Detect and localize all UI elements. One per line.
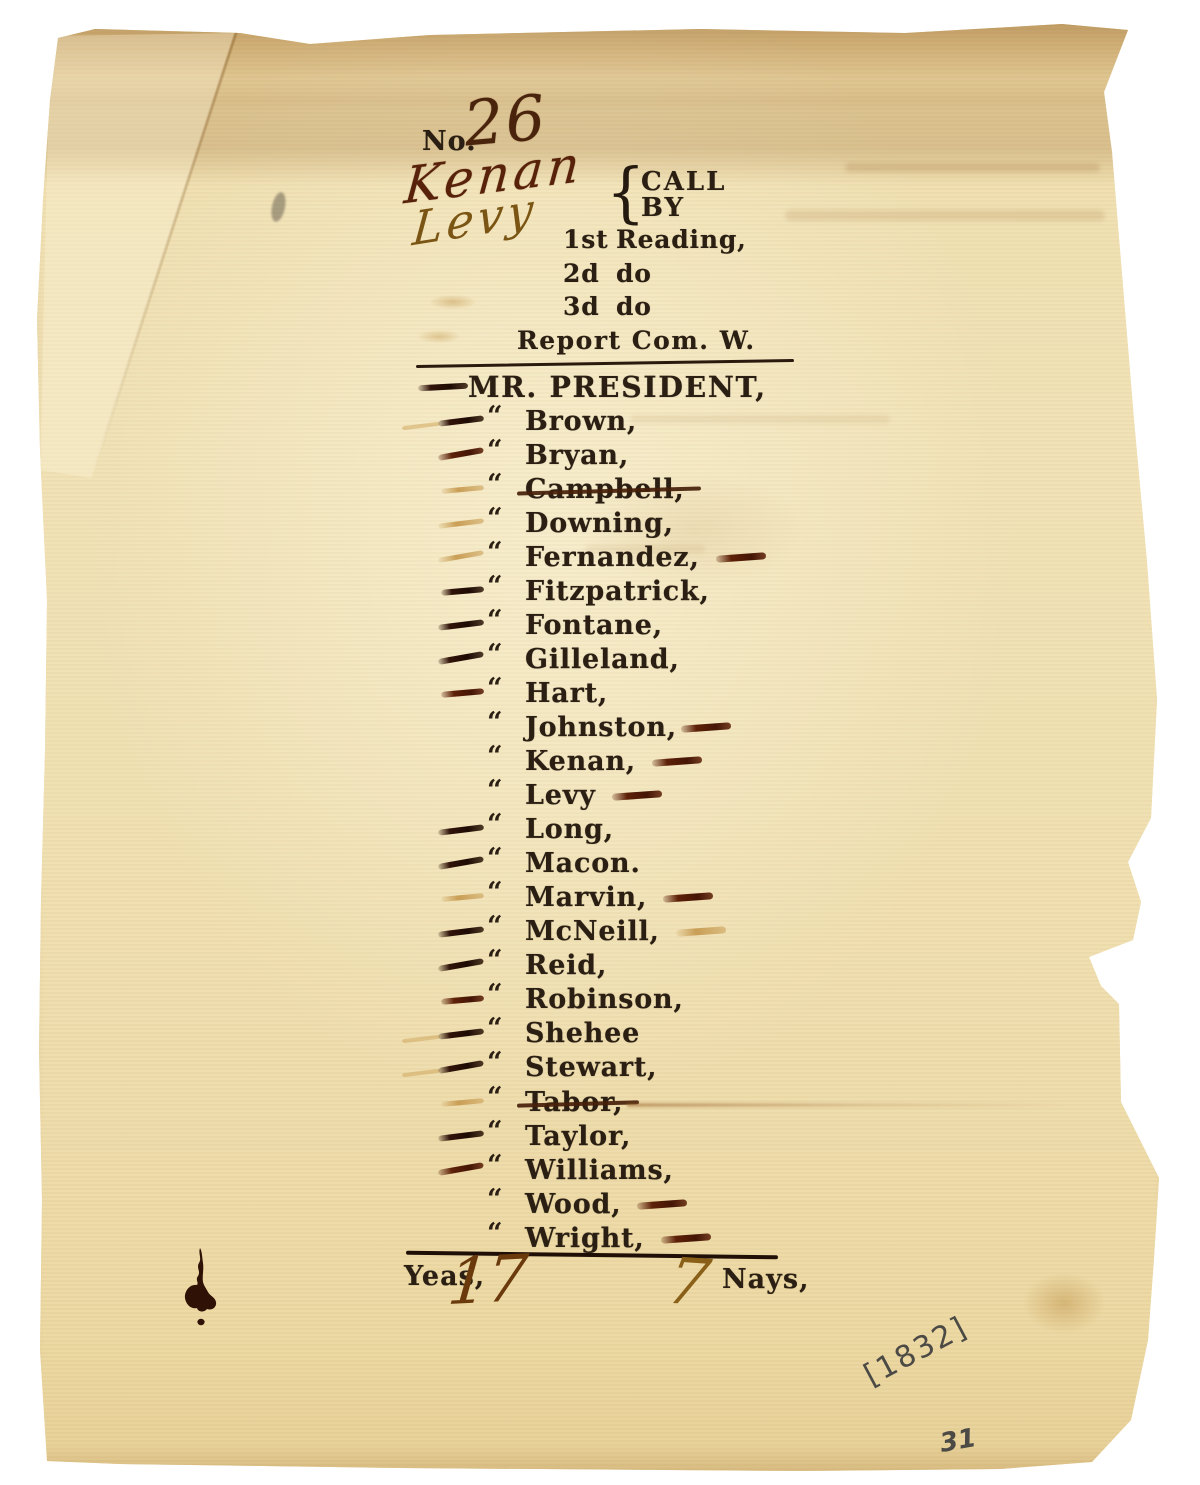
nay-mark [681,722,731,732]
fold-crease [89,31,238,481]
stain [269,191,288,223]
member-name-wrap: Fontane, [525,610,663,641]
reading-line-3: 3ddo [563,292,756,326]
yea-mark [438,926,484,938]
tally-yeas-value: 17 [445,1242,529,1320]
ditto-mark: “ [484,1082,525,1113]
member-name-wrap: Long, [525,814,614,845]
member-name-wrap: Fitzpatrick, [525,576,710,607]
vote-mark-left-zone [418,963,484,969]
vote-mark-left-zone [418,588,484,594]
vote-mark-left-zone [418,555,484,560]
roll-row: “ Macon. [418,847,1058,881]
ditto-mark: “ [484,435,525,466]
member-name-wrap: Gilleland, [525,644,680,675]
roll-row: “ Stewart, [418,1051,1058,1085]
member-name-wrap: Williams, [525,1155,674,1186]
ditto-mark: “ [484,1150,525,1181]
ditto-mark: “ [484,639,525,670]
member-name: Taylor, [525,1121,631,1152]
ditto-mark: “ [484,775,525,806]
roll-row: “ Shehee [418,1017,1058,1051]
yea-mark [441,995,484,1005]
ditto-mark: “ [484,605,525,636]
member-name: Fitzpatrick, [525,576,710,607]
report-com-line: Report Com. W. [517,326,756,360]
member-name: Macon. [525,848,641,879]
member-name-wrap: Taylor, [525,1121,631,1152]
ditto-mark: “ [484,1184,525,1215]
ink-bleed-through [845,163,1100,172]
roll-row: “ Reid, [418,949,1058,983]
roll-row: “ Long, [418,813,1058,847]
ditto-mark: “ [484,707,525,738]
yea-mark [438,550,484,563]
roll-row: MR. PRESIDENT, [418,370,1058,404]
member-name: Gilleland, [525,644,680,675]
vote-mark-left-zone [418,895,484,900]
ditto-mark: “ [484,537,525,568]
yea-mark [441,689,484,699]
yea-mark [438,856,484,870]
vote-mark-left-zone [418,487,484,492]
ditto-mark: “ [484,673,525,704]
member-name-wrap: Macon. [525,848,641,879]
member-name-wrap: Fernandez, [525,542,766,573]
nay-mark [663,892,713,902]
yea-mark [418,383,468,392]
member-name-wrap: MR. PRESIDENT, [468,370,767,404]
tally-nays-label: Nays, [722,1264,809,1295]
roll-call-list: MR. PRESIDENT, “ Brown, “ Bryan, [418,370,1058,1255]
ditto-mark: “ [484,741,525,772]
yea-mark [438,620,484,632]
member-name-wrap: McNeill, [525,916,726,947]
vote-mark-left-zone [418,1100,484,1105]
member-name: Johnston, [525,712,677,743]
yea-mark [438,1162,484,1176]
vote-mark-left-zone [418,521,484,526]
ditto-mark: “ [484,503,525,534]
member-name: Wright, [525,1223,645,1254]
roll-row: “ Johnston, [418,710,1058,744]
member-name-wrap: Campbell, [525,474,685,505]
roll-row: “ Brown, [418,404,1058,438]
member-name: Brown, [525,406,637,437]
yea-mark [438,651,484,665]
vote-mark-left-zone [418,861,484,867]
member-name: Hart, [525,678,608,709]
pencil-year-annotation: [1832] [858,1310,973,1393]
member-name: Williams, [525,1155,674,1186]
yea-mark [438,1028,484,1040]
member-name-wrap: Bryan, [525,440,629,471]
member-name: Shehee [525,1018,640,1049]
roll-row: “ Wood, [418,1187,1058,1221]
nay-mark [676,927,726,937]
vote-mark-left-zone [418,929,484,935]
vote-mark-left-zone [418,1031,484,1037]
stain [1022,1272,1106,1334]
member-name-wrap: Wood, [525,1189,687,1220]
vote-mark-left-zone [418,622,484,628]
vote-mark-left-zone [418,384,468,390]
member-name: Robinson, [525,984,684,1015]
member-name: Reid, [525,950,607,981]
member-name-wrap: Downing, [525,508,674,539]
vote-mark-left-zone [418,452,484,458]
stain [430,295,476,309]
roll-row: “ Levy [418,779,1058,813]
ink-bleed-through [785,210,1105,221]
faded-ghost-mark [402,1035,440,1044]
ink-smudge [627,1103,1067,1107]
member-name: Long, [525,814,614,845]
roll-row: “ Tabor, [418,1085,1058,1119]
readings-list: 1stReading, 2ddo 3ddo Report Com. W. [563,225,756,359]
yea-mark [438,1060,484,1074]
roll-row: “ Fernandez, [418,540,1058,574]
yea-mark [438,1130,484,1142]
call-label-line2: BY [641,193,685,223]
yea-mark [441,893,484,902]
member-name-wrap: Stewart, [525,1052,657,1083]
member-name-wrap: Robinson, [525,984,684,1015]
member-name-wrap: Shehee [525,1018,640,1049]
member-name-wrap: Kenan, [525,746,702,777]
member-name: Stewart, [525,1052,657,1083]
vote-mark-left-zone [418,1065,484,1071]
ditto-mark: “ [484,877,525,908]
nay-mark [652,756,702,766]
reading-line-2: 2ddo [563,259,756,293]
roll-row: “ Bryan, [418,438,1058,472]
ditto-mark: “ [484,911,525,942]
member-name-wrap: Tabor, [525,1087,623,1118]
member-name-wrap: Reid, [525,950,607,981]
ditto-mark: “ [484,1013,525,1044]
ditto-mark: “ [484,945,525,976]
member-name: Fontane, [525,610,663,641]
member-name: Kenan, [525,746,636,777]
roll-row: “ Fitzpatrick, [418,574,1058,608]
vote-mark-left-zone [418,418,484,424]
stain [418,330,460,343]
ditto-mark: “ [484,401,525,432]
roll-row: “ Gilleland, [418,642,1058,676]
roll-row: “ Williams, [418,1153,1058,1187]
yea-mark [441,1098,484,1107]
yea-mark [438,447,484,461]
yea-mark [438,415,484,427]
call-brace: { [606,154,645,231]
roll-row: “ Taylor, [418,1119,1058,1153]
nay-mark [715,552,765,562]
vote-mark-left-zone [418,656,484,662]
ditto-mark: “ [484,571,525,602]
vote-mark-left-zone [418,827,484,833]
roll-row: “ Hart, [418,676,1058,710]
reading-line-1: 1stReading, [563,225,756,259]
nay-mark [660,1233,710,1243]
member-name-wrap: Marvin, [525,882,713,913]
member-name: Fernandez, [525,542,700,573]
yea-mark [438,824,484,836]
pencil-page-number: 31 [938,1423,979,1459]
roll-row: “ Fontane, [418,608,1058,642]
nay-mark [637,1199,687,1209]
member-name: McNeill, [525,916,660,947]
scanned-document: No. 26 Kenan Levy { CALL BY 1stReading, … [0,0,1200,1485]
member-name-wrap: Levy [525,780,662,811]
vote-mark-left-zone [418,997,484,1003]
member-name: Levy [525,780,596,811]
vote-mark-left-zone [418,690,484,696]
nay-mark [612,790,662,800]
ditto-mark: “ [484,979,525,1010]
roll-row: “ Campbell, [418,472,1058,506]
member-name: MR. PRESIDENT, [468,370,767,404]
ditto-mark: “ [484,843,525,874]
yea-mark [438,958,484,972]
member-name: Bryan, [525,440,629,471]
vote-mark-left-zone [418,1167,484,1173]
member-name-wrap: Brown, [525,406,637,437]
paper-sheet: No. 26 Kenan Levy { CALL BY 1stReading, … [0,0,1200,1485]
member-name: Wood, [525,1189,621,1220]
member-name: Downing, [525,508,674,539]
member-name-wrap: Hart, [525,678,608,709]
ditto-mark: “ [484,809,525,840]
ink-blot [178,1246,222,1334]
roll-row: “ Downing, [418,506,1058,540]
vote-mark-left-zone [418,1133,484,1139]
member-name: Marvin, [525,882,647,913]
member-name-wrap: Johnston, [525,712,731,743]
ditto-mark: “ [484,1047,525,1078]
roll-row: “ Marvin, [418,881,1058,915]
faded-ghost-mark [402,1069,440,1078]
roll-row: “ Kenan, [418,745,1058,779]
ditto-mark: “ [484,1116,525,1147]
roll-row: “ Robinson, [418,983,1058,1017]
roll-row: “ McNeill, [418,915,1058,949]
faded-ghost-mark [402,422,440,431]
yea-mark [438,518,484,529]
yea-mark [441,586,484,596]
yea-mark [441,485,484,494]
divider-rule-top [416,359,794,368]
